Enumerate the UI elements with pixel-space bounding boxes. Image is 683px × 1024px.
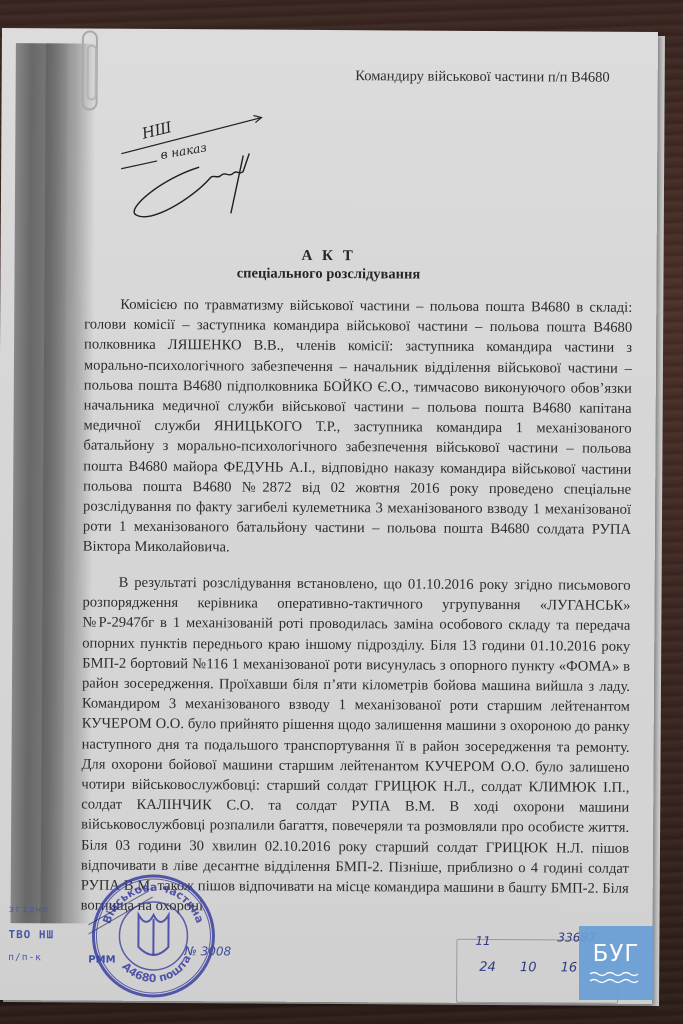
faint-side-text: п/п-к — [8, 952, 42, 963]
paragraph-text: В результаті розслідування встановлено, … — [81, 573, 631, 920]
paragraph-commission: Комісією по травматизму військової части… — [83, 295, 633, 561]
paragraph-text: Комісією по травматизму військової части… — [83, 295, 633, 561]
handwritten-registration-number: № 3008 — [184, 944, 231, 958]
signature-icon: НШ в наказ — [121, 109, 292, 230]
trident-seal-icon: Військова частина А4680 пошта — [88, 871, 219, 1002]
registration-date: 24 10 16 — [479, 960, 577, 976]
official-seal-stamp: Військова частина А4680 пошта — [88, 871, 219, 1002]
waves-icon — [588, 970, 644, 986]
svg-text:в наказ: в наказ — [159, 140, 207, 162]
handwritten-resolution: НШ в наказ — [121, 109, 292, 230]
document-subtitle: спеціального розслідування — [0, 264, 656, 285]
faint-side-text: згідно — [9, 904, 49, 915]
svg-text:НШ: НШ — [139, 118, 174, 143]
paragraph-findings: В результаті розслідування встановлено, … — [81, 573, 631, 920]
svg-text:А4680 пошта: А4680 пошта — [119, 952, 194, 985]
logo-label: БУГ — [593, 942, 640, 966]
addressee-line: Командиру військової частини п/п В4680 — [355, 68, 610, 87]
paperclip-icon — [81, 30, 97, 110]
document-page: Командиру військової частини п/п В4680 Н… — [0, 28, 658, 1004]
registration-index: 11 — [475, 934, 490, 948]
bug-watermark-logo: БУГ — [579, 926, 653, 1000]
faint-side-text: ТВО НШ — [8, 928, 54, 941]
